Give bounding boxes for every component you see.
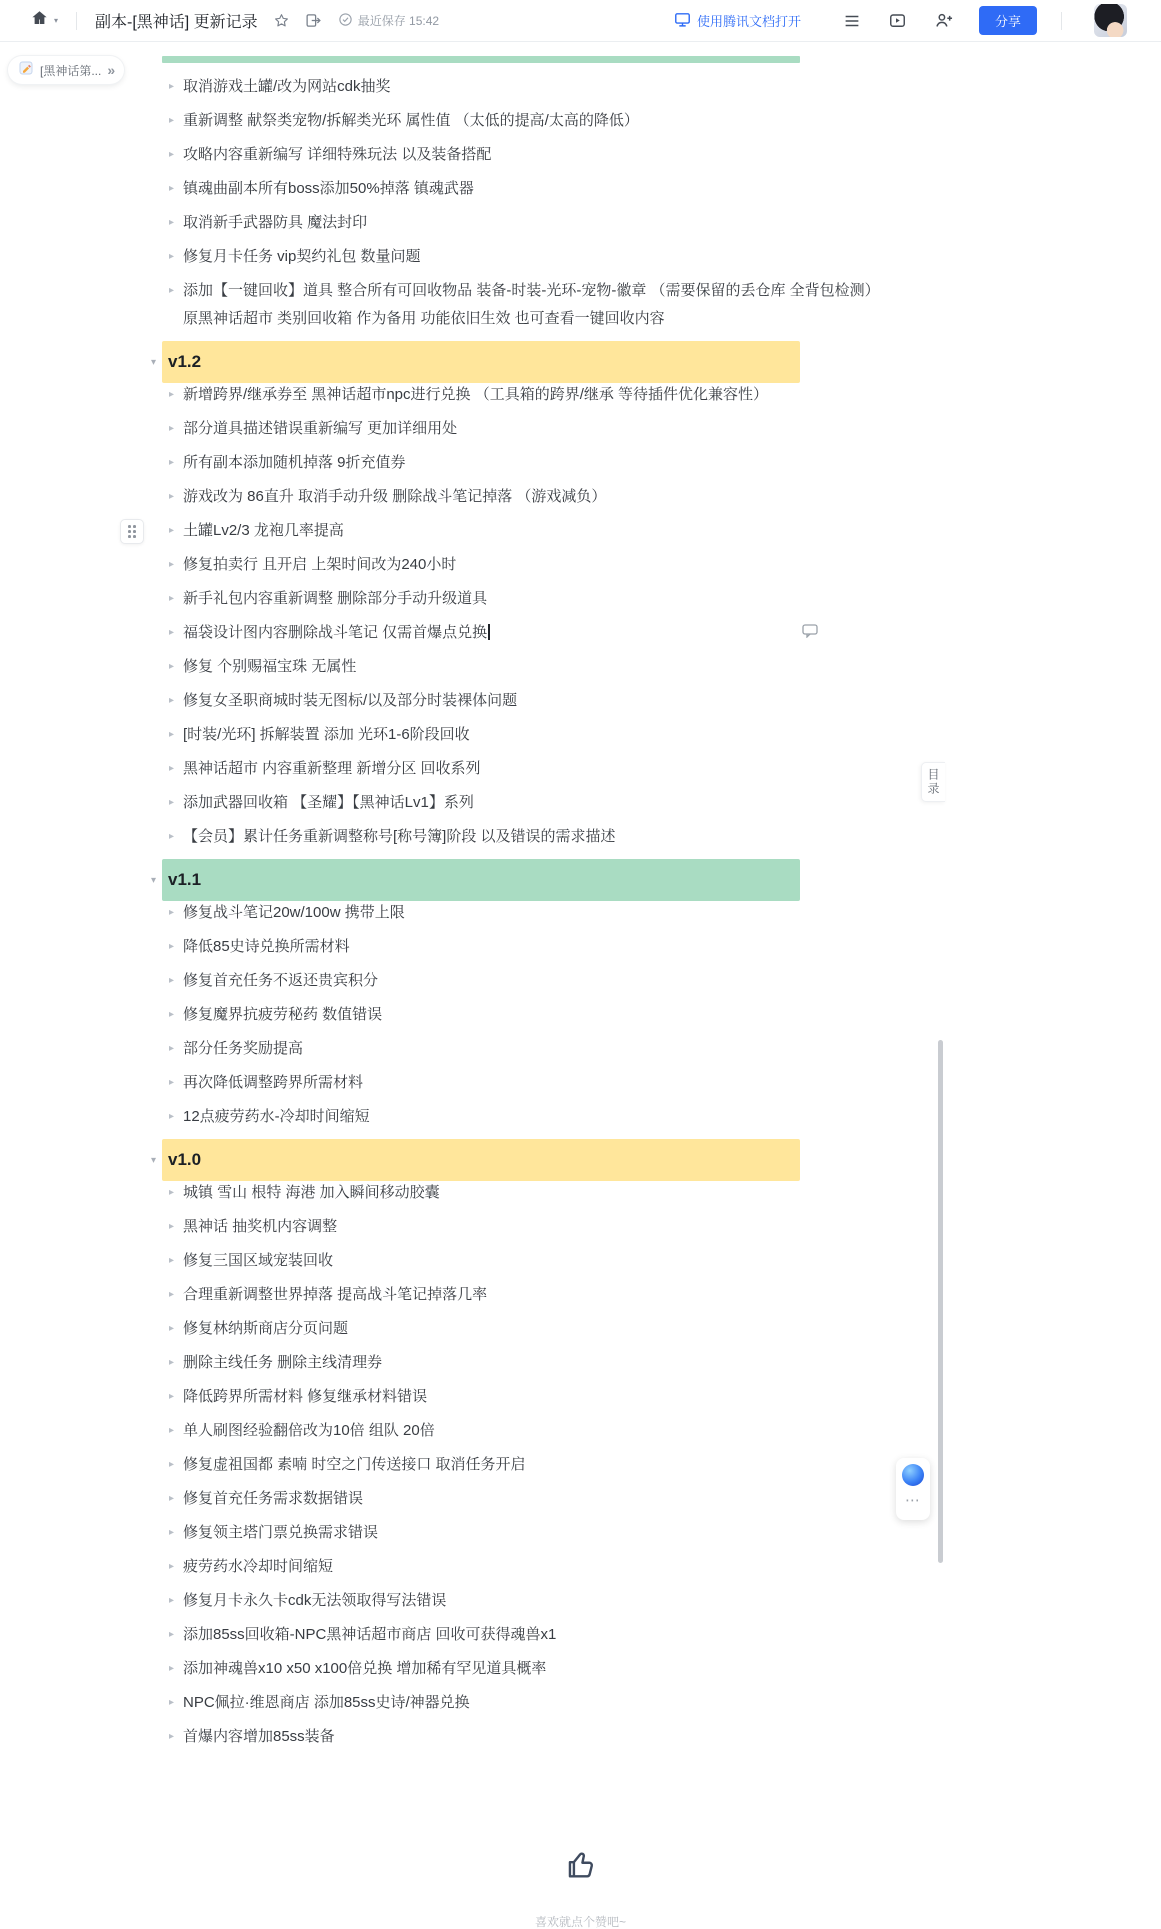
bullet-triangle-icon: ▸: [160, 211, 183, 235]
list-item[interactable]: ▸ 修复战斗笔记20w/100w 携带上限: [160, 901, 980, 925]
quick-doc-pill[interactable]: [黑神话第... »: [8, 56, 124, 84]
list-item-text: 修复首充任务不返还贵宾积分: [183, 969, 378, 993]
drag-handle[interactable]: [120, 519, 144, 544]
list-item-lines: 单人刷图经验翻倍改为10倍 组队 20倍: [183, 1419, 435, 1443]
bullet-triangle-icon: ▸: [160, 1623, 183, 1647]
list-item[interactable]: ▸ 修复首充任务需求数据错误: [160, 1487, 980, 1511]
list-item[interactable]: ▸ 修复拍卖行 且开启 上架时间改为240小时: [160, 553, 980, 577]
bullet-triangle-icon: ▸: [160, 1521, 183, 1545]
bullet-triangle-icon: ▸: [160, 791, 183, 815]
toc-tab[interactable]: 目录: [921, 762, 945, 802]
list-item[interactable]: ▸ 单人刷图经验翻倍改为10倍 组队 20倍: [160, 1419, 980, 1443]
bullet-triangle-icon: ▸: [160, 1589, 183, 1613]
save-status: 最近保存 15:42: [338, 12, 439, 30]
list-item[interactable]: ▸ 修复虚祖国都 素喃 时空之门传送接口 取消任务开启: [160, 1453, 980, 1477]
bullet-triangle-icon: ▸: [160, 621, 183, 645]
list-item-lines: 修复虚祖国都 素喃 时空之门传送接口 取消任务开启: [183, 1453, 526, 1477]
double-chevron-icon[interactable]: »: [107, 62, 115, 78]
list-item-lines: 降低85史诗兑换所需材料: [183, 935, 350, 959]
version-header-row: ▾ v1.2: [162, 341, 980, 383]
list-item-text: 取消游戏土罐/改为网站cdk抽奖: [183, 75, 391, 99]
bullet-triangle-icon: ▸: [160, 723, 183, 747]
bullet-triangle-icon: ▸: [160, 417, 183, 441]
like-footer: 喜欢就点个赞吧~: [0, 1848, 1161, 1929]
list-item[interactable]: ▸ 黑神话超市 内容重新整理 新增分区 回收系列: [160, 757, 980, 781]
list-item-text: 修复三国区域宠装回收: [183, 1249, 333, 1273]
list-item-text: 疲劳药水冷却时间缩短: [183, 1555, 333, 1579]
list-item[interactable]: ▸ 添加【一键回收】道具 整合所有可回收物品 装备-时装-光环-宠物-徽章 （需…: [160, 279, 980, 331]
list-item-text: 修复战斗笔记20w/100w 携带上限: [183, 901, 405, 925]
bullet-triangle-icon: ▸: [160, 485, 183, 509]
list-item[interactable]: ▸ 修复魔界抗疲劳秘药 数值错误: [160, 1003, 980, 1027]
bullet-triangle-icon: ▸: [160, 1283, 183, 1307]
list-item-lines: 修复战斗笔记20w/100w 携带上限: [183, 901, 405, 925]
collapse-arrow-icon[interactable]: ▾: [151, 875, 156, 886]
bullet-triangle-icon: ▸: [160, 689, 183, 713]
list-item-lines: 取消游戏土罐/改为网站cdk抽奖: [183, 75, 391, 99]
list-item-text: 再次降低调整跨界所需材料: [183, 1071, 363, 1095]
list-item[interactable]: ▸ 部分任务奖励提高: [160, 1037, 980, 1061]
open-with-app-link[interactable]: 使用腾讯文档打开: [674, 11, 801, 31]
bullet-triangle-icon: ▸: [160, 587, 183, 611]
list-item-lines: 黑神话 抽奖机内容调整: [183, 1215, 337, 1239]
bullet-triangle-icon: ▸: [160, 1181, 183, 1205]
bullet-triangle-icon: ▸: [160, 1555, 183, 1579]
home-caret-icon: ▾: [54, 16, 58, 25]
avatar[interactable]: [1094, 4, 1127, 37]
version-header-bar[interactable]: v1.1: [162, 859, 800, 901]
list-item[interactable]: ▸ NPC佩拉·维恩商店 添加85ss史诗/神器兑换: [160, 1691, 980, 1715]
list-item-lines: 添加神魂兽x10 x50 x100倍兑换 增加稀有罕见道具概率: [183, 1657, 546, 1681]
list-item-text: 修复魔界抗疲劳秘药 数值错误: [183, 1003, 382, 1027]
move-to-icon[interactable]: [305, 12, 322, 29]
bullet-triangle-icon: ▸: [160, 969, 183, 993]
list-item[interactable]: ▸ 镇魂曲副本所有boss添加50%掉落 镇魂武器: [160, 177, 980, 201]
bullet-triangle-icon: ▸: [160, 519, 183, 543]
share-button[interactable]: 分享: [979, 6, 1037, 35]
add-collaborator-button[interactable]: [933, 11, 954, 30]
bullet-triangle-icon: ▸: [160, 1317, 183, 1341]
bullet-triangle-icon: ▸: [160, 1725, 183, 1749]
list-item-text: 12点疲劳药水-冷却时间缩短: [183, 1105, 370, 1129]
list-item-text: 黑神话超市 内容重新整理 新增分区 回收系列: [183, 757, 481, 781]
list-item-lines: 12点疲劳药水-冷却时间缩短: [183, 1105, 370, 1129]
list-item-lines: 添加武器回收箱 【圣耀】【黑神话Lv1】系列: [183, 791, 474, 815]
list-item-text: 原黑神话超市 类别回收箱 作为备用 功能依旧生效 也可查看一键回收内容: [183, 307, 880, 331]
list-item[interactable]: ▸ 12点疲劳药水-冷却时间缩短: [160, 1105, 980, 1129]
list-item-lines: 城镇 雪山 根特 海港 加入瞬间移动胶囊: [183, 1181, 440, 1205]
list-item-text: 添加神魂兽x10 x50 x100倍兑换 增加稀有罕见道具概率: [183, 1657, 546, 1681]
list-item[interactable]: ▸ 添加武器回收箱 【圣耀】【黑神话Lv1】系列: [160, 791, 980, 815]
topbar-right: 使用腾讯文档打开 分享: [674, 4, 1161, 37]
list-item-lines: 部分道具描述错误重新编写 更加详细用处: [183, 417, 457, 441]
list-item-text: 修复女圣职商城时装无图标/以及部分时装裸体问题: [183, 689, 517, 713]
version-header-bar[interactable]: v1.0: [162, 1139, 800, 1181]
list-item-lines: 修复 个别赐福宝珠 无属性: [183, 655, 356, 679]
version-title: v1.0: [168, 1150, 201, 1170]
bullet-triangle-icon: ▸: [160, 75, 183, 99]
list-item-text: 【会员】累计任务重新调整称号[称号簿]阶段 以及错误的需求描述: [183, 825, 616, 849]
list-item-text: 修复林纳斯商店分页问题: [183, 1317, 348, 1341]
bullet-triangle-icon: ▸: [160, 1487, 183, 1511]
list-item[interactable]: ▸ 取消游戏土罐/改为网站cdk抽奖: [160, 75, 980, 99]
list-item-lines: 修复女圣职商城时装无图标/以及部分时装裸体问题: [183, 689, 517, 713]
list-item-text: 修复 个别赐福宝珠 无属性: [183, 655, 356, 679]
document-title: 副本-[黑神话] 更新记录: [95, 9, 258, 32]
list-item-lines: 添加85ss回收箱-NPC黑神话超市商店 回收可获得魂兽x1: [183, 1623, 556, 1647]
list-item-lines: 删除主线任务 删除主线清理券: [183, 1351, 382, 1375]
list-item-lines: 所有副本添加随机掉落 9折充值券: [183, 451, 406, 475]
topbar-left: ▾ 副本-[黑神话] 更新记录 最近保存 15:42: [0, 9, 439, 32]
list-item[interactable]: ▸ 修复领主塔门票兑换需求错误: [160, 1521, 980, 1545]
list-item-lines: 修复首充任务需求数据错误: [183, 1487, 363, 1511]
list-item-lines: 土罐Lv2/3 龙袍几率提高: [183, 519, 344, 543]
topbar: ▾ 副本-[黑神话] 更新记录 最近保存 15:42 使用腾讯文档打开: [0, 0, 1161, 42]
assistant-logo-icon[interactable]: [902, 1464, 924, 1486]
list-item[interactable]: ▸ 黑神话 抽奖机内容调整: [160, 1215, 980, 1239]
list-item-lines: 黑神话超市 内容重新整理 新增分区 回收系列: [183, 757, 481, 781]
version-header-row: ▾ v1.1: [162, 859, 980, 901]
list-item-text: 取消新手武器防具 魔法封印: [183, 211, 367, 235]
list-item[interactable]: ▸ 再次降低调整跨界所需材料: [160, 1071, 980, 1095]
list-item-text: 降低85史诗兑换所需材料: [183, 935, 350, 959]
star-button[interactable]: [273, 12, 290, 29]
list-item-lines: 重新调整 献祭类宠物/拆解类光环 属性值 （太低的提高/太高的降低）: [183, 109, 639, 133]
list-item-lines: 攻略内容重新编写 详细特殊玩法 以及装备搭配: [183, 143, 491, 167]
list-item[interactable]: ▸ [时装/光环] 拆解装置 添加 光环1-6阶段回收: [160, 723, 980, 747]
bullet-triangle-icon: ▸: [160, 143, 183, 167]
list-item-text: 部分道具描述错误重新编写 更加详细用处: [183, 417, 457, 441]
bullet-triangle-icon: ▸: [160, 383, 183, 407]
list-item[interactable]: ▸ 修复月卡任务 vip契约礼包 数量问题: [160, 245, 980, 269]
comment-icon[interactable]: [802, 624, 818, 642]
floating-assistant-card: ⋯: [896, 1458, 930, 1520]
bullet-triangle-icon: ▸: [160, 1249, 183, 1273]
bullet-triangle-icon: ▸: [160, 1385, 183, 1409]
list-item-lines: 新手礼包内容重新调整 删除部分手动升级道具: [183, 587, 487, 611]
list-item-text: 游戏改为 86直升 取消手动升级 删除战斗笔记掉落 （游戏减负）: [183, 485, 606, 509]
bullet-triangle-icon: ▸: [160, 1105, 183, 1129]
bullet-triangle-icon: ▸: [160, 177, 183, 201]
list-item-text: 福袋设计图内容删除战斗笔记 仅需首爆点兑换: [183, 621, 490, 645]
bullet-triangle-icon: ▸: [160, 1657, 183, 1681]
list-item-lines: 部分任务奖励提高: [183, 1037, 303, 1061]
version-title: v1.1: [168, 870, 201, 890]
list-item[interactable]: ▸ 所有副本添加随机掉落 9折充值券: [160, 451, 980, 475]
list-item[interactable]: ▸ 福袋设计图内容删除战斗笔记 仅需首爆点兑换: [160, 621, 980, 645]
list-item-lines: 添加【一键回收】道具 整合所有可回收物品 装备-时装-光环-宠物-徽章 （需要保…: [183, 279, 880, 331]
list-item-lines: 降低跨界所需材料 修复继承材料错误: [183, 1385, 427, 1409]
bullet-triangle-icon: ▸: [160, 1215, 183, 1239]
list-item[interactable]: ▸ 新增跨界/继承券至 黑神话超市npc进行兑换 （工具箱的跨界/继承 等待插件…: [160, 383, 980, 407]
list-item[interactable]: ▸ 降低跨界所需材料 修复继承材料错误: [160, 1385, 980, 1409]
list-item[interactable]: ▸ 修复林纳斯商店分页问题: [160, 1317, 980, 1341]
list-item-text: 添加【一键回收】道具 整合所有可回收物品 装备-时装-光环-宠物-徽章 （需要保…: [183, 279, 880, 303]
list-item[interactable]: ▸ 游戏改为 86直升 取消手动升级 删除战斗笔记掉落 （游戏减负）: [160, 485, 980, 509]
list-item-lines: 修复魔界抗疲劳秘药 数值错误: [183, 1003, 382, 1027]
save-status-text: 最近保存 15:42: [358, 12, 439, 29]
bullet-triangle-icon: ▸: [160, 1453, 183, 1477]
collapse-arrow-icon[interactable]: ▾: [151, 357, 156, 368]
list-item[interactable]: ▸ 删除主线任务 删除主线清理券: [160, 1351, 980, 1375]
list-item-text: 所有副本添加随机掉落 9折充值券: [183, 451, 406, 475]
list-item[interactable]: ▸ 修复月卡永久卡cdk无法领取得写法错误: [160, 1589, 980, 1613]
list-item-text: 土罐Lv2/3 龙袍几率提高: [183, 519, 344, 543]
list-item[interactable]: ▸ 疲劳药水冷却时间缩短: [160, 1555, 980, 1579]
list-item[interactable]: ▸ 土罐Lv2/3 龙袍几率提高: [160, 519, 980, 543]
bullet-triangle-icon: ▸: [160, 1037, 183, 1061]
scrollbar-thumb[interactable]: [938, 1040, 943, 1563]
list-item-text: 修复月卡永久卡cdk无法领取得写法错误: [183, 1589, 446, 1613]
home-icon: [30, 9, 49, 32]
saved-check-icon: [338, 12, 353, 30]
list-item-text: 合理重新调整世界掉落 提高战斗笔记掉落几率: [183, 1283, 487, 1307]
bullet-triangle-icon: ▸: [160, 1419, 183, 1443]
like-hint-text: 喜欢就点个赞吧~: [0, 1913, 1161, 1929]
bullet-triangle-icon: ▸: [160, 279, 183, 331]
list-item-lines: [时装/光环] 拆解装置 添加 光环1-6阶段回收: [183, 723, 470, 747]
list-item[interactable]: ▸ 添加神魂兽x10 x50 x100倍兑换 增加稀有罕见道具概率: [160, 1657, 980, 1681]
list-item-text: 新增跨界/继承券至 黑神话超市npc进行兑换 （工具箱的跨界/继承 等待插件优化…: [183, 383, 768, 407]
list-item[interactable]: ▸ 重新调整 献祭类宠物/拆解类光环 属性值 （太低的提高/太高的降低）: [160, 109, 980, 133]
bullet-triangle-icon: ▸: [160, 109, 183, 133]
list-item-lines: 修复领主塔门票兑换需求错误: [183, 1521, 378, 1545]
more-actions-button[interactable]: ⋯: [905, 1493, 921, 1508]
document-body: ▸ 取消游戏土罐/改为网站cdk抽奖 ▸ 重新调整 献祭类宠物/拆解类光环 属性…: [160, 42, 980, 1749]
list-item-lines: 修复月卡任务 vip契约礼包 数量问题: [183, 245, 421, 269]
list-item-text: 城镇 雪山 根特 海港 加入瞬间移动胶囊: [183, 1181, 440, 1205]
list-item-text: 修复拍卖行 且开启 上架时间改为240小时: [183, 553, 456, 577]
list-item[interactable]: ▸ 添加85ss回收箱-NPC黑神话超市商店 回收可获得魂兽x1: [160, 1623, 980, 1647]
list-item[interactable]: ▸ 降低85史诗兑换所需材料: [160, 935, 980, 959]
list-item[interactable]: ▸ 合理重新调整世界掉落 提高战斗笔记掉落几率: [160, 1283, 980, 1307]
note-pencil-icon: [18, 60, 34, 81]
list-item-lines: 取消新手武器防具 魔法封印: [183, 211, 367, 235]
list-item-text: 删除主线任务 删除主线清理券: [183, 1351, 382, 1375]
list-item-text: 首爆内容增加85ss装备: [183, 1725, 335, 1749]
list-item-lines: 福袋设计图内容删除战斗笔记 仅需首爆点兑换: [183, 621, 490, 645]
list-item[interactable]: ▸ 部分道具描述错误重新编写 更加详细用处: [160, 417, 980, 441]
quick-doc-pill-label: [黑神话第...: [40, 62, 101, 79]
list-item[interactable]: ▸ 城镇 雪山 根特 海港 加入瞬间移动胶囊: [160, 1181, 980, 1205]
bullet-triangle-icon: ▸: [160, 1351, 183, 1375]
list-item[interactable]: ▸ 取消新手武器防具 魔法封印: [160, 211, 980, 235]
bullet-triangle-icon: ▸: [160, 655, 183, 679]
list-item-text: NPC佩拉·维恩商店 添加85ss史诗/神器兑换: [183, 1691, 470, 1715]
bullet-triangle-icon: ▸: [160, 1071, 183, 1095]
list-item-text: 重新调整 献祭类宠物/拆解类光环 属性值 （太低的提高/太高的降低）: [183, 109, 639, 133]
list-item-text: 添加武器回收箱 【圣耀】【黑神话Lv1】系列: [183, 791, 474, 815]
list-item[interactable]: ▸ 修复女圣职商城时装无图标/以及部分时装裸体问题: [160, 689, 980, 713]
list-item-text: 部分任务奖励提高: [183, 1037, 303, 1061]
list-item-lines: 修复三国区域宠装回收: [183, 1249, 333, 1273]
list-item-text: [时装/光环] 拆解装置 添加 光环1-6阶段回收: [183, 723, 470, 747]
list-item-lines: 新增跨界/继承券至 黑神话超市npc进行兑换 （工具箱的跨界/继承 等待插件优化…: [183, 383, 768, 407]
thumbs-up-button[interactable]: [564, 1848, 598, 1887]
list-item[interactable]: ▸ 首爆内容增加85ss装备: [160, 1725, 980, 1749]
list-item-lines: 【会员】累计任务重新调整称号[称号簿]阶段 以及错误的需求描述: [183, 825, 616, 849]
bullet-triangle-icon: ▸: [160, 825, 183, 849]
list-item-lines: NPC佩拉·维恩商店 添加85ss史诗/神器兑换: [183, 1691, 470, 1715]
list-item[interactable]: ▸ 修复三国区域宠装回收: [160, 1249, 980, 1273]
collapse-arrow-icon[interactable]: ▾: [151, 1155, 156, 1166]
bullet-triangle-icon: ▸: [160, 553, 183, 577]
bullet-triangle-icon: ▸: [160, 901, 183, 925]
list-item-lines: 再次降低调整跨界所需材料: [183, 1071, 363, 1095]
list-item-text: 添加85ss回收箱-NPC黑神话超市商店 回收可获得魂兽x1: [183, 1623, 556, 1647]
home-button[interactable]: ▾: [30, 9, 58, 32]
list-item-text: 攻略内容重新编写 详细特殊玩法 以及装备搭配: [183, 143, 491, 167]
list-item-text: 新手礼包内容重新调整 删除部分手动升级道具: [183, 587, 487, 611]
list-item-lines: 疲劳药水冷却时间缩短: [183, 1555, 333, 1579]
list-item-text: 修复月卡任务 vip契约礼包 数量问题: [183, 245, 421, 269]
list-item-lines: 首爆内容增加85ss装备: [183, 1725, 335, 1749]
menu-button[interactable]: [842, 12, 862, 30]
list-item-lines: 修复拍卖行 且开启 上架时间改为240小时: [183, 553, 456, 577]
monitor-icon: [674, 11, 691, 31]
open-with-app-label: 使用腾讯文档打开: [697, 11, 801, 30]
list-item-text: 修复领主塔门票兑换需求错误: [183, 1521, 378, 1545]
list-item[interactable]: ▸ 【会员】累计任务重新调整称号[称号簿]阶段 以及错误的需求描述: [160, 825, 980, 849]
bullet-triangle-icon: ▸: [160, 935, 183, 959]
list-item[interactable]: ▸ 攻略内容重新编写 详细特殊玩法 以及装备搭配: [160, 143, 980, 167]
list-item-lines: 合理重新调整世界掉落 提高战斗笔记掉落几率: [183, 1283, 487, 1307]
list-item-lines: 镇魂曲副本所有boss添加50%掉落 镇魂武器: [183, 177, 474, 201]
thumbs-up-icon: [564, 1848, 598, 1882]
present-mode-button[interactable]: [888, 12, 907, 30]
bullet-triangle-icon: ▸: [160, 1003, 183, 1027]
version-header-row: ▾ v1.0: [162, 1139, 980, 1181]
list-item-text: 单人刷图经验翻倍改为10倍 组队 20倍: [183, 1419, 435, 1443]
list-item[interactable]: ▸ 新手礼包内容重新调整 删除部分手动升级道具: [160, 587, 980, 611]
bullet-triangle-icon: ▸: [160, 757, 183, 781]
list-item-text: 降低跨界所需材料 修复继承材料错误: [183, 1385, 427, 1409]
list-item-text: 修复首充任务需求数据错误: [183, 1487, 363, 1511]
list-item-lines: 修复林纳斯商店分页问题: [183, 1317, 348, 1341]
bullet-triangle-icon: ▸: [160, 1691, 183, 1715]
list-item-lines: 游戏改为 86直升 取消手动升级 删除战斗笔记掉落 （游戏减负）: [183, 485, 606, 509]
version-title: v1.2: [168, 352, 201, 372]
list-item[interactable]: ▸ 修复首充任务不返还贵宾积分: [160, 969, 980, 993]
partial-version-bar: [162, 56, 800, 63]
topbar-divider: [76, 12, 77, 30]
bullet-triangle-icon: ▸: [160, 451, 183, 475]
list-item-text: 黑神话 抽奖机内容调整: [183, 1215, 337, 1239]
text-cursor: [488, 624, 490, 640]
version-header-bar[interactable]: v1.2: [162, 341, 800, 383]
list-item-lines: 修复首充任务不返还贵宾积分: [183, 969, 378, 993]
list-item-text: 修复虚祖国都 素喃 时空之门传送接口 取消任务开启: [183, 1453, 526, 1477]
list-item-text: 镇魂曲副本所有boss添加50%掉落 镇魂武器: [183, 177, 474, 201]
bullet-triangle-icon: ▸: [160, 245, 183, 269]
topbar-divider-right: [1061, 12, 1062, 30]
list-item[interactable]: ▸ 修复 个别赐福宝珠 无属性: [160, 655, 980, 679]
list-item-lines: 修复月卡永久卡cdk无法领取得写法错误: [183, 1589, 446, 1613]
